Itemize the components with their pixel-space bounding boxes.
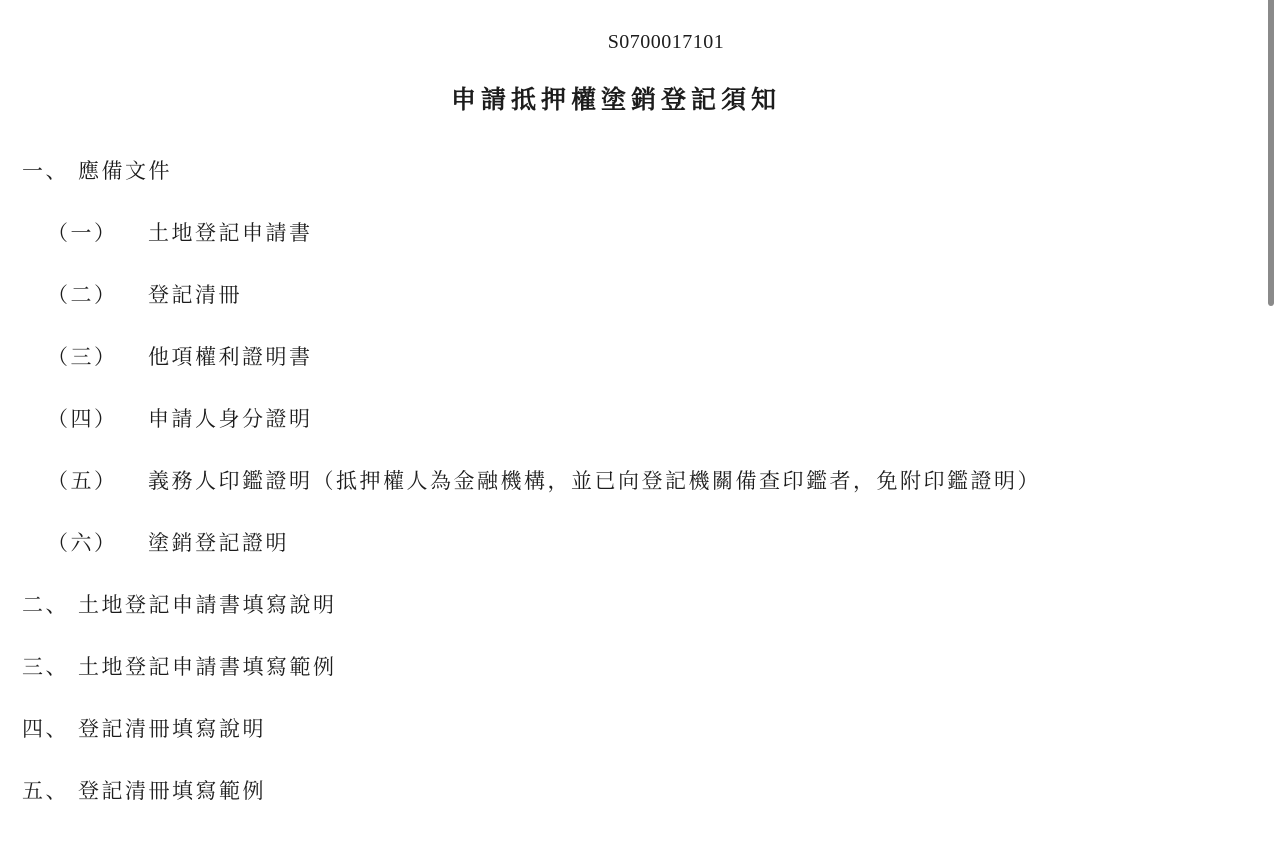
list-item-text: 應備文件 — [78, 156, 172, 186]
list-item: （二）登記清冊 — [47, 280, 242, 310]
list-item: （六）塗銷登記證明 — [47, 528, 289, 558]
list-item: 四、登記清冊填寫說明 — [22, 714, 266, 744]
list-item-text: 申請人身分證明 — [148, 404, 313, 434]
list-item-label: 五、 — [22, 776, 78, 806]
list-item: 三、土地登記申請書填寫範例 — [22, 652, 337, 682]
list-item-label: 三、 — [22, 652, 78, 682]
document-page: S0700017101 申請抵押權塗銷登記須知 一、應備文件 （一）土地登記申請… — [0, 0, 1284, 867]
list-item-text: 義務人印鑑證明（抵押權人為金融機構，並已向登記機關備查印鑑者，免附印鑑證明） — [148, 466, 1041, 496]
list-item-text: 登記清冊填寫範例 — [78, 776, 266, 806]
list-item-text: 土地登記申請書 — [148, 218, 313, 248]
list-item-text: 登記清冊 — [148, 280, 242, 310]
list-item-label: （二） — [47, 280, 148, 310]
list-item-label: 二、 — [22, 590, 78, 620]
list-item: （四）申請人身分證明 — [47, 404, 313, 434]
list-item-label: （五） — [47, 466, 148, 496]
list-item-label: （三） — [47, 342, 148, 372]
list-item-text: 土地登記申請書填寫說明 — [78, 590, 337, 620]
page-title: 申請抵押權塗銷登記須知 — [451, 86, 781, 116]
list-item: （五）義務人印鑑證明（抵押權人為金融機構，並已向登記機關備查印鑑者，免附印鑑證明… — [47, 466, 1041, 496]
list-item: 五、登記清冊填寫範例 — [22, 776, 266, 806]
list-item-label: （六） — [47, 528, 148, 558]
list-item-text: 登記清冊填寫說明 — [78, 714, 266, 744]
list-item-text: 塗銷登記證明 — [148, 528, 289, 558]
list-item-text: 他項權利證明書 — [148, 342, 313, 372]
scrollbar-thumb[interactable] — [1268, 0, 1274, 306]
list-item-label: （四） — [47, 404, 148, 434]
list-item-label: 一、 — [22, 156, 78, 186]
list-item-text: 土地登記申請書填寫範例 — [78, 652, 337, 682]
list-item-label: （一） — [47, 218, 148, 248]
list-item: （一）土地登記申請書 — [47, 218, 313, 248]
list-item: 二、土地登記申請書填寫說明 — [22, 590, 337, 620]
list-item: （三）他項權利證明書 — [47, 342, 313, 372]
list-item-label: 四、 — [22, 714, 78, 744]
document-code: S0700017101 — [608, 29, 725, 55]
list-item: 一、應備文件 — [22, 156, 172, 186]
